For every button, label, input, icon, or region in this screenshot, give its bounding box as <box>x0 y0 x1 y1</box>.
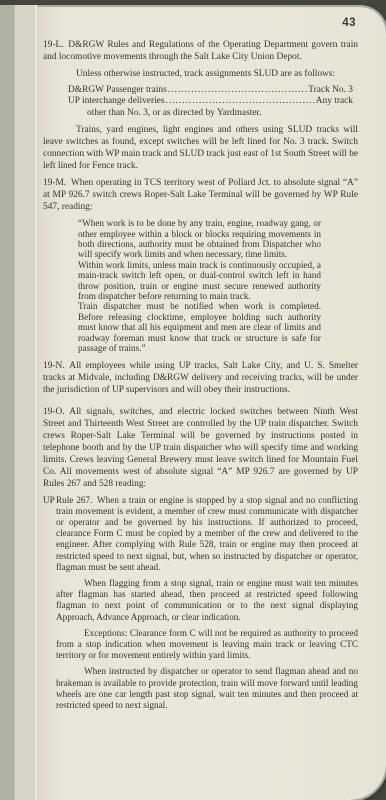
rule-19m-paragraph: 19-M. When operating in TCS territory we… <box>43 177 358 213</box>
track-assignment-row: D&RGW Passenger trains .................… <box>68 85 353 96</box>
up-rule-267-label: UP <box>43 495 55 506</box>
assignment-value: Track No. 3 <box>308 85 353 96</box>
assignment-continuation: other than No. 3, or as directed by Yard… <box>87 108 353 119</box>
dot-leader: ........................................… <box>168 85 308 96</box>
wp-rule-547-paragraph: “When work is to be done by any train, e… <box>78 218 321 260</box>
page-content: 43 19-L. D&RGW Rules and Regulations of … <box>43 17 358 716</box>
slud-switches-paragraph: Trains, yard engines, light engines and … <box>43 124 358 172</box>
wp-rule-547-paragraph: Within work limits, unless main track is… <box>78 260 321 302</box>
track-assignment-row: UP interchange deliveries ..............… <box>68 96 353 107</box>
page-number: 43 <box>43 17 356 29</box>
page-43: 43 19-L. D&RGW Rules and Regulations of … <box>37 7 386 800</box>
book-page-stack-edge-inner <box>14 5 37 800</box>
assignment-label: UP interchange deliveries <box>68 96 165 107</box>
rule-19n-paragraph: 19-N. All employees while using UP track… <box>43 360 358 396</box>
wp-rule-547-quote: “When work is to be done by any train, e… <box>78 218 321 353</box>
up-rule-267-block: UP Rule 267. When a train or engine is s… <box>56 495 358 573</box>
wp-rule-547-paragraph: Train dispatcher must be notified when w… <box>78 301 321 353</box>
track-assignment-list: D&RGW Passenger trains .................… <box>68 85 353 119</box>
exceptions-paragraph: Exceptions: Clearance form C will not be… <box>56 628 358 662</box>
assignment-label: D&RGW Passenger trains <box>68 85 167 96</box>
rule-19l-paragraph: 19-L. D&RGW Rules and Regulations of the… <box>43 39 358 63</box>
scanned-book-page: 43 19-L. D&RGW Rules and Regulations of … <box>0 0 386 800</box>
up-rule-267-text: Rule 267. When a train or engine is stop… <box>56 495 358 572</box>
send-flagman-paragraph: When instructed by dispatcher or operato… <box>56 666 358 711</box>
flagging-paragraph: When flagging from a stop signal, train … <box>56 578 358 623</box>
rule-19o-paragraph: 19-O. All signals, switches, and electri… <box>43 406 358 490</box>
book-page-stack-edge-outer <box>0 5 14 800</box>
dot-leader: ........................................… <box>166 96 315 107</box>
assignment-value: Any track <box>316 96 353 107</box>
track-assignments-intro: Unless otherwise instructed, track assig… <box>43 68 358 80</box>
